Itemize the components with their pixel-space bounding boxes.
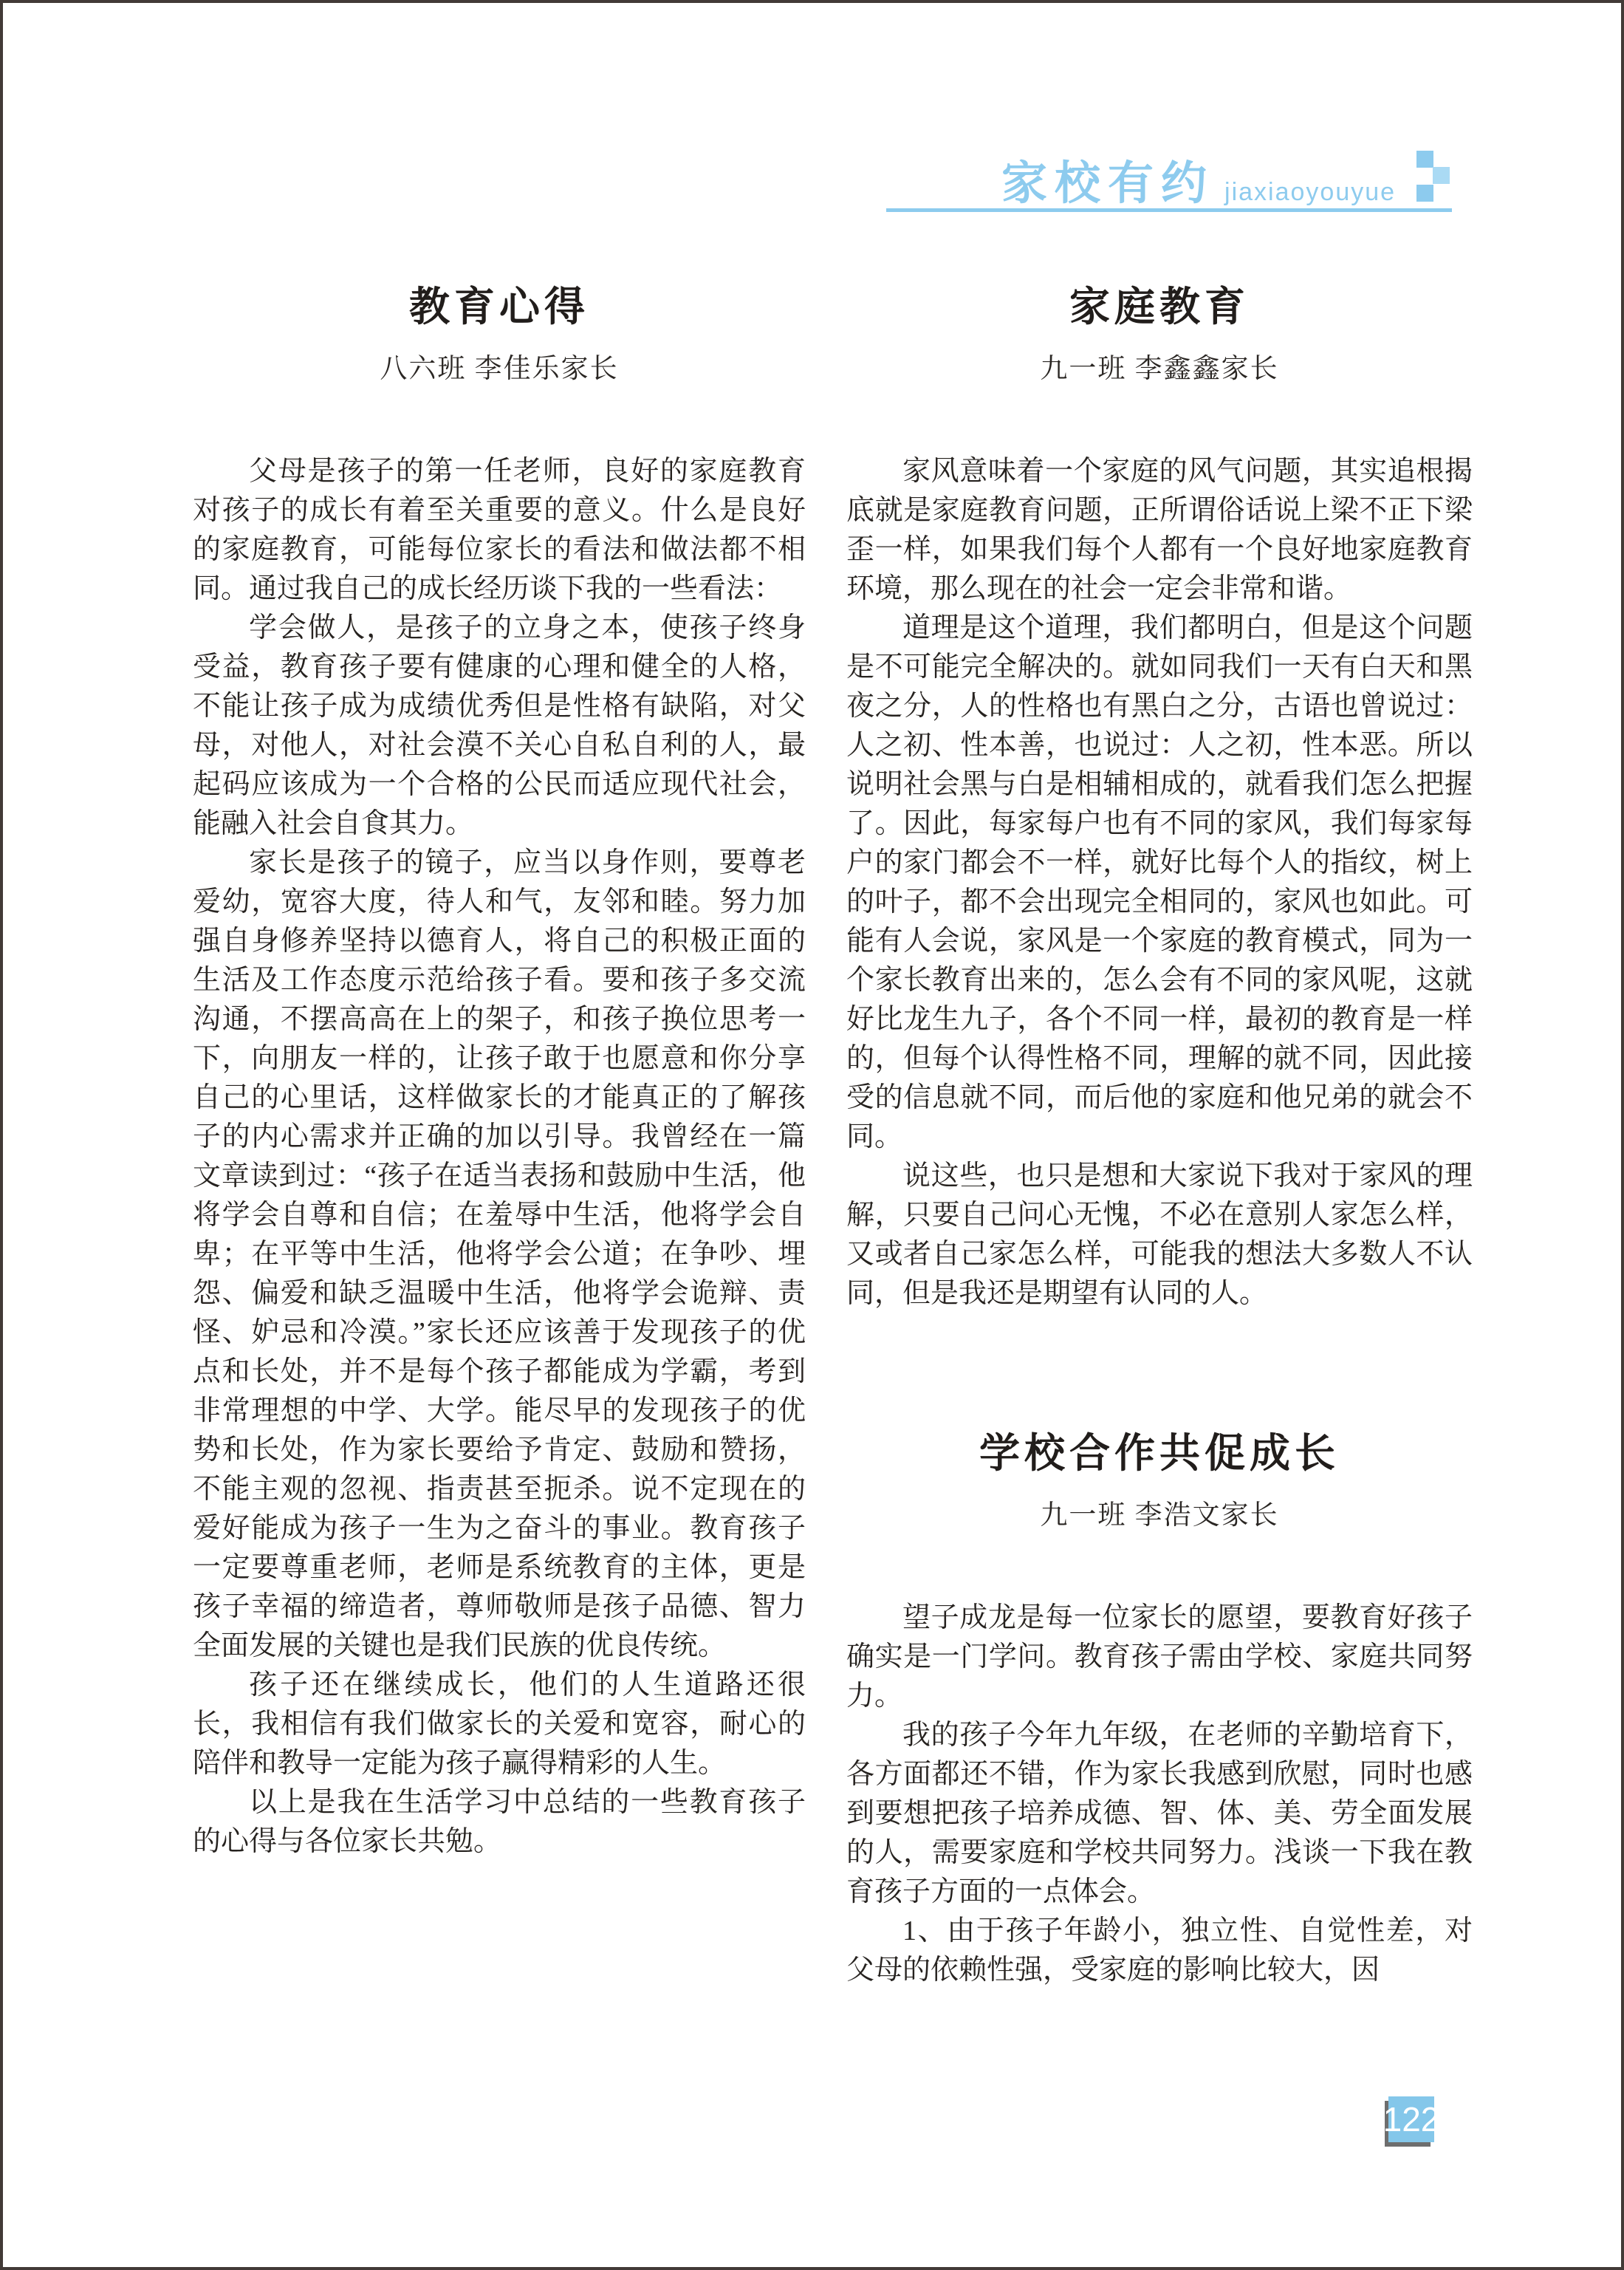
article-education-insights: 教育心得 八六班 李佳乐家长 父母是孩子的第一任老师，良好的家庭教育对孩子的成长… <box>193 287 806 1862</box>
square-middle <box>1433 167 1450 184</box>
article-author: 八六班 李佳乐家长 <box>193 355 806 383</box>
article-paragraph: 孩子还在继续成长，他们的人生道路还很长，我相信有我们做家长的关爱和宽容，耐心的陪… <box>193 1666 806 1783</box>
article-title: 家庭教育 <box>846 287 1473 327</box>
article-paragraph: 望子成龙是每一位家长的愿望，要教育好孩子确实是一门学问。教育孩子需由学校、家庭共… <box>846 1599 1473 1716</box>
article-paragraph: 说这些，也只是想和大家说下我对于家风的理解，只要自己问心无愧，不必在意别人家怎么… <box>846 1157 1473 1313</box>
square-top <box>1416 151 1433 168</box>
article-paragraph: 学会做人，是孩子的立身之本，使孩子终身受益，教育孩子要有健康的心理和健全的人格，… <box>193 609 806 844</box>
article-school-cooperation: 学校合作共促成长 九一班 李浩文家长 望子成龙是每一位家长的愿望，要教育好孩子确… <box>846 1433 1473 1990</box>
article-body: 家风意味着一个家庭的风气问题，其实追根揭底就是家庭教育问题，正所谓俗话说上梁不正… <box>846 452 1473 1313</box>
article-title: 教育心得 <box>193 287 806 327</box>
header-title: 家校有约 <box>1001 161 1214 207</box>
article-title: 学校合作共促成长 <box>846 1433 1473 1474</box>
document-page: 家校有约 jiaxiaoyouyue 教育心得 八六班 李佳乐家长 父母是孩子的… <box>0 0 1624 2270</box>
article-paragraph: 家长是孩子的镜子，应当以身作则，要尊老爱幼，宽容大度，待人和气，友邻和睦。努力加… <box>193 844 806 1666</box>
article-paragraph: 1、由于孩子年龄小，独立性、自觉性差，对父母的依赖性强，受家庭的影响比较大，因 <box>846 1912 1473 1990</box>
article-family-education: 家庭教育 九一班 李鑫鑫家长 家风意味着一个家庭的风气问题，其实追根揭底就是家庭… <box>846 287 1473 1313</box>
page-header: 家校有约 jiaxiaoyouyue <box>886 142 1452 212</box>
article-author: 九一班 李浩文家长 <box>846 1502 1473 1529</box>
column-left: 教育心得 八六班 李佳乐家长 父母是孩子的第一任老师，良好的家庭教育对孩子的成长… <box>193 287 806 1862</box>
article-paragraph: 我的孩子今年九年级，在老师的辛勤培育下，各方面都还不错，作为家长我感到欣慰，同时… <box>846 1716 1473 1912</box>
header-pinyin: jiaxiaoyouyue <box>1224 180 1396 207</box>
square-bottom <box>1416 185 1433 202</box>
article-paragraph: 道理是这个道理，我们都明白，但是这个问题是不可能完全解决的。就如同我们一天有白天… <box>846 609 1473 1157</box>
column-right: 家庭教育 九一班 李鑫鑫家长 家风意味着一个家庭的风气问题，其实追根揭底就是家庭… <box>846 287 1473 1990</box>
article-body: 望子成龙是每一位家长的愿望，要教育好孩子确实是一门学问。教育孩子需由学校、家庭共… <box>846 1599 1473 1990</box>
stair-squares-icon <box>1416 151 1452 204</box>
header-row: 家校有约 jiaxiaoyouyue <box>886 142 1452 207</box>
article-paragraph: 以上是我在生活学习中总结的一些教育孩子的心得与各位家长共勉。 <box>193 1783 806 1862</box>
page-number-badge: 122 <box>1388 2096 1434 2142</box>
article-paragraph: 父母是孩子的第一任老师，良好的家庭教育对孩子的成长有着至关重要的意义。什么是良好… <box>193 452 806 609</box>
article-author: 九一班 李鑫鑫家长 <box>846 355 1473 383</box>
article-body: 父母是孩子的第一任老师，良好的家庭教育对孩子的成长有着至关重要的意义。什么是良好… <box>193 452 806 1862</box>
article-paragraph: 家风意味着一个家庭的风气问题，其实追根揭底就是家庭教育问题，正所谓俗话说上梁不正… <box>846 452 1473 609</box>
